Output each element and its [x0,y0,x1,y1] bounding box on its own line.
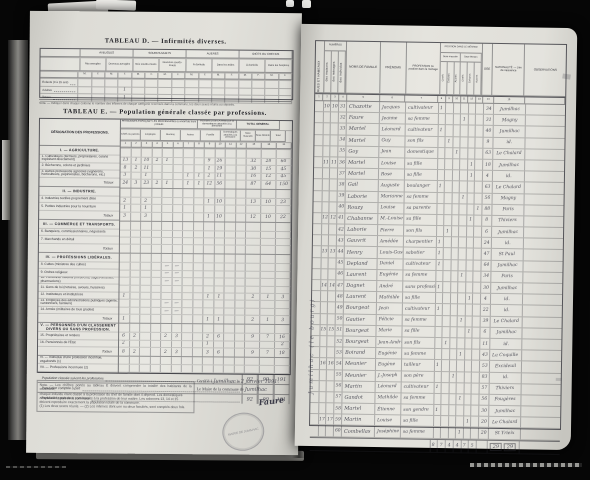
numeric-cell [131,198,142,205]
nominal-cell [467,238,475,248]
numeric-cell [276,246,291,254]
nominal-cell [323,124,331,134]
individu-number: 51 [336,328,342,333]
numeric-cell [215,189,226,197]
nom-handwritten: Laborie [347,227,367,233]
lieu-handwritten: Thiviers [498,218,517,223]
handwritten-value: 2 [122,341,125,346]
nominal-cell: cultivateur [402,304,435,315]
position-tick: 1 [470,173,473,178]
cert-label: le [237,379,240,384]
age-handwritten: 22 [483,308,489,313]
nominal-cell: Jumilhac [492,283,523,294]
numeric-cell: 12 [261,173,276,180]
nominal-cell: sa fille [403,293,436,304]
nominal-cell [321,235,329,245]
nominal-cell [453,126,461,136]
nominal-cell [456,405,464,415]
nominal-cell: Gandot [343,392,376,403]
numeric-cell: 10 [215,213,226,221]
handwritten-total: 4 [455,443,458,448]
numeric-cell [140,285,151,292]
numeric-cell [183,189,194,197]
numeric-cell [204,255,215,263]
numeric-cell: 2 [141,198,152,205]
handwritten-total: 7 [463,444,466,449]
nominal-cell: Daniel [378,259,404,270]
position-sex-label: Sexe masculin [441,53,461,61]
numeric-cell [161,315,172,323]
numeric-cell [261,231,276,238]
nominal-cell [458,294,466,304]
nominal-cell [437,193,445,203]
nominal-cell: sa femme [404,192,437,203]
numeric-cell [119,357,130,364]
nominal-cell [314,146,323,156]
numeric-cell: 2 [245,316,260,324]
numeric-cell [225,255,236,263]
nominal-cell [453,170,461,180]
individu-number: 58 [335,406,341,411]
tableau-e-title: TABLEAU E. — Population générale classée… [29,108,301,117]
nominal-cell [438,137,446,147]
nominal-cell [319,403,327,413]
handwritten-value: 1 [207,317,210,322]
nominal-cell [330,180,338,190]
numeric-cell [172,246,183,254]
numeric-cell: 1 [205,165,216,172]
numeric-cell [172,254,183,262]
nominal-cell: 59 [334,415,342,425]
position-tick: 1 [438,240,441,245]
col-number: 14 [262,143,277,149]
numeric-cell [236,158,247,165]
nominal-cell [522,350,562,361]
nominal-cell [464,406,472,416]
numeric-cell [173,189,184,197]
handwritten-value: 13 [122,158,128,163]
nom-handwritten: Meunier [345,361,367,367]
numeric-cell [130,293,141,300]
scanned-census-spread: TABLEAU D. — Infirmités diverses. AVEUGL… [0,0,590,480]
designation-header: DÉSIGNATION DES PROFESSIONS. [40,119,120,147]
numeric-cell [234,366,245,373]
prenom-handwritten: Amédée [380,239,398,244]
nominal-cell: sa femme [402,315,435,326]
tableau-e-wrap: DÉSIGNATION DES PROFESSIONS.I. — AGRICUL… [38,119,292,374]
film-edge-marks [6,466,66,468]
nominal-cell: St Paul [492,249,523,260]
numeric-cell [141,263,152,270]
menage-number: 11 [331,160,337,165]
numeric-cell [182,348,193,356]
tableau-d-subgroup: À domicile [239,60,266,73]
individu-number: 59 [335,417,341,422]
nominal-cell: Jumilhac [492,227,523,238]
numeric-cell [203,286,214,293]
nominal-cell: 47 [336,280,344,290]
numeric-cell [130,238,141,245]
age-handwritten: 24 [484,241,490,246]
nom-handwritten: Martel [349,137,366,143]
lieu-handwritten: Jumilhac [497,286,517,291]
numeric-cell: 64 [261,181,276,189]
nominal-cell: 24 [482,238,493,248]
numeric-cell [260,358,275,365]
nominal-cell: 54 [335,359,343,369]
film-edge-marks [470,463,582,467]
nominal-cell: id. [494,137,525,148]
numeric-cell [235,231,246,238]
numeric-cell [245,301,260,308]
nominal-cell: 45 [337,258,345,268]
numeric-cell [193,271,204,278]
handwritten-value: 1 [123,88,126,93]
position-tick: 1 [436,408,439,413]
numeric-cell [183,222,194,230]
numeric-cell: 1 [260,294,275,301]
nominal-cell [457,361,465,371]
handwritten-value: 26 [217,159,223,164]
profession-handwritten: sa femme [405,273,427,278]
age-header: ÂGE [484,44,491,95]
nominal-cell: 30 [479,406,490,416]
nominal-cell [330,191,338,201]
numeric-cell [130,308,141,315]
tableau-d-sex: M. [105,72,118,78]
lieu-handwritten: Jumilhac [498,230,518,235]
nominal-cell [473,327,481,337]
lieu-handwritten: Le Chalard [493,319,518,324]
numeric-cell: 22 [276,214,291,222]
rues-header: RUES ET HAMEAUX [318,41,322,92]
numeric-cell: 30 [247,166,262,173]
nominal-cell [328,303,336,313]
lieu-handwritten: id. [502,375,508,380]
handwritten-value: 1 [166,181,169,186]
group3-sub: Total [271,131,286,142]
numeric-cell [235,334,246,341]
numeric-cell [183,213,194,221]
nominal-cell [453,159,461,169]
nominal-cell: sa fille [405,158,438,169]
numeric-cell [224,301,235,308]
individu-number: 34 [339,138,345,143]
numeric-cell: 9 [245,349,260,357]
nominal-cell [446,114,454,124]
numeric-cell [193,238,204,245]
nominal-cell: sa femme [402,349,435,360]
nominal-cell [437,215,445,225]
totals-label: Totaux [39,179,119,184]
numeric-cell [130,285,141,292]
totals-obs-cell [519,441,560,454]
item-label: 14. Armée (militaires de tous grades) [38,308,118,312]
age-handwritten: 88 [484,207,490,212]
nominal-cell [451,271,459,281]
nominal-cell [459,260,467,270]
nominal-cell [459,238,467,248]
maison-number: 15 [321,328,327,333]
numeric-cell: 2 [204,173,215,180]
nominal-cell [459,215,467,225]
header-cell: POSITION DANS LE MÉNAGESexe masculinSexe… [440,43,482,96]
maison-number: 10 [324,104,330,109]
numeric-cell [260,341,275,348]
age-handwritten: 47 [484,252,490,257]
nominal-cell: Martel [347,135,380,146]
tableau-d-sex: M. [212,73,225,79]
nominal-cell: 11 [330,157,338,167]
numeric-cell [151,254,162,262]
position-tick: 1 [451,374,454,379]
nominal-cell [445,148,453,158]
handwritten-value: — [164,279,169,284]
numeric-cell: 1 [163,158,174,165]
numeric-cell: 1 [119,293,130,300]
nominal-cell [466,282,474,292]
numeric-cell [246,231,261,238]
numeric-cell [151,245,162,253]
nominal-cell: 12 [330,213,338,223]
numeric-cell [194,189,205,197]
section-label: III. — COMMERCE ET TRANSPORTS. [39,221,119,226]
nominal-cell [322,224,330,234]
numeric-cell [151,324,162,332]
age-handwritten: 6 [484,330,487,335]
nominal-cell [323,135,331,145]
nominal-cell: cultivateur [403,259,436,270]
numeric-cell: 1 [141,205,152,212]
numeric-cell [183,205,194,212]
numeric-cell [261,246,276,254]
header-cell: ÂGE [482,44,494,96]
nominal-cell: 43 [480,350,491,360]
nominal-cell: 1 [449,372,457,382]
numeric-cell [261,272,276,279]
numeric-cell: 1 [214,293,225,300]
nominal-list-table: RUES ET HAMEAUXNUMÉROSdes maisonsdes mén… [309,40,567,430]
lieu-handwritten: Le Chalard [496,151,521,156]
nominal-cell: Jumilhac [492,261,523,272]
numeric-cell [260,325,275,333]
numeric-cell: 1 [203,293,214,300]
numeric-cell [246,264,261,271]
nominal-cell: Combellas [342,426,375,437]
nominal-cell [522,295,562,306]
nominal-cell [524,183,564,194]
numeric-cell [131,189,142,197]
tableau-d-subgroup: Nés sourds-muets [133,59,160,72]
nominal-cell: 57 [335,392,343,402]
handwritten-value: 1 [266,318,269,323]
handwritten-value: 15 [266,167,272,172]
profession-handwritten: son fils [406,228,422,233]
totals-box-cell: 2929 [487,440,519,452]
numeric-cell [226,166,237,173]
tableau-d-cell [79,87,92,94]
numeric-cell [171,357,182,364]
numeric-cell [276,232,291,239]
tableau-d-cell [252,88,265,95]
nominal-cell [521,384,561,395]
item-label: 4. Industries textiles proprement dites [39,197,119,201]
nominal-cell [318,426,326,436]
numeric-cell [193,325,204,333]
profession-handwritten: tailleur [404,362,421,367]
nominal-cell [450,349,458,359]
profession-handwritten: cultivateur [403,385,428,390]
numeric-cell [276,279,291,286]
item-label: 10. Personnel médical (médecins, sages-f… [39,276,119,283]
handwritten-value: 11 [217,174,223,179]
totals-position-cell: 8 [430,440,438,452]
tableau-d-cell [212,88,225,95]
numeric-cell [204,271,215,278]
age-handwritten: 11 [482,341,488,346]
numeric-cell: 2 [119,340,130,347]
nominal-cell [329,224,337,234]
nominal-cell: sa femme [400,427,433,438]
numeric-cell [162,198,173,205]
numeric-cell [213,357,224,364]
numeric-cell: 11 [142,165,153,172]
nominal-cell: 64 [482,260,493,270]
handwritten-value: 1 [217,294,220,299]
maison-number: 16 [320,361,326,366]
profession-handwritten: sa femme [402,430,424,435]
numeric-cell [193,308,204,315]
handwritten-value: 2 [206,334,209,339]
handwritten-value: 3 [144,214,147,219]
nominal-cell: 1 [458,316,466,326]
nominal-cell: Jumilhac [491,328,522,339]
nominal-cell [329,236,337,246]
numeric-cell [214,301,225,308]
numeric-cell: 26 [215,158,226,165]
handwritten-value: 2 [133,349,136,354]
handwritten-value: 3 [175,350,178,355]
numeric-cell: 1 [203,341,214,348]
nominal-cell [443,271,451,281]
nom-handwritten: Henry [347,249,363,255]
totals-age-cell [477,440,488,452]
numeric-cell [275,309,290,316]
cert-date-handwritten: 2 janvier 1891. [241,379,279,385]
nominal-cell: 1 [435,304,443,314]
numeric-cell [183,231,194,238]
nominal-cell: 1 [466,294,474,304]
col-number: 13 [247,143,262,149]
nominal-cell: Eugénie [377,270,403,281]
nominal-cell [525,127,565,138]
handwritten-value: — [174,309,179,314]
numeric-cell: 2 [152,180,163,188]
numeric-cell [162,222,173,230]
individu-number: 40 [338,205,344,210]
handwritten-value: 23 [143,181,149,186]
handwritten-value: 1 [123,293,126,298]
lieu-handwritten: St Paul [499,252,515,257]
totals-position-cell: 7 [438,440,446,452]
numeric-cell [172,341,183,348]
numeric-cell [183,246,194,254]
nominal-cell [328,314,336,324]
numeric-cell: 1 [204,213,215,221]
nominal-cell [473,339,481,349]
item-label: 2. Bûcherons, colons et jardiniers [40,164,120,168]
lieu-handwritten: id. [503,342,509,347]
position-tick: 1 [455,151,458,156]
numeric-cell: — [172,308,183,315]
nominal-cell: 63 [483,182,494,192]
nominal-cell: Amédée [378,236,404,247]
position-tick: 1 [460,319,463,324]
nominal-cell: 1 [475,204,483,214]
nominal-cell: 17 [319,414,327,424]
prenom-handwritten: Jeanne [382,116,398,121]
handwritten-total: 5 [471,444,474,449]
numeric-cell [194,206,205,213]
profession-handwritten: son père [403,374,423,379]
numeric-cell [214,231,225,238]
nominal-cell: Louise [379,203,405,214]
numeric-cell [224,286,235,293]
prenom-handwritten: Guy [382,138,391,143]
nominal-cell: 48 [336,292,344,302]
numeric-cell [151,271,162,278]
nominal-cell [444,237,452,247]
nominal-cell: 46 [337,269,345,279]
individu-number: 41 [338,216,344,221]
numeric-cell: 28 [262,159,277,166]
handwritten-value: 1 [197,182,200,187]
group3-sub: Sexe féminin [256,131,271,142]
numeric-cell [225,231,236,238]
numeric-cell: 45 [276,174,291,181]
numeric-cell [182,357,193,364]
tableau-d-cell: 1 [119,87,132,94]
prenom-handwritten: Rose [381,172,392,177]
nominal-cell [437,226,445,236]
nominal-cell: Thiviers [493,216,524,227]
handwritten-value: 2 [208,174,211,179]
numeric-cell [151,341,162,348]
profession-handwritten: sa fille [407,161,422,166]
nominal-cell: 1 [434,383,442,393]
nominal-cell [461,126,469,136]
menage-number: 12 [330,216,336,221]
numeric-cell: 45 [277,166,292,173]
nom-handwritten: Martin [344,417,361,423]
numeric-cell [204,231,215,238]
cert-place-handwritten: Jumilhac [213,378,235,384]
nota-line: (1) Les deux sexes réunis. — (2) Les inf… [39,404,191,410]
nominal-cell: Jacques [380,102,406,113]
numeric-cell [182,308,193,315]
position-tick: 1 [440,128,443,133]
numeric-cell [172,293,183,300]
position-group-header: POSITION DANS LE MÉNAGE [441,43,482,54]
numeric-cell: 19 [215,166,226,173]
nominal-cell: St Yrieix [489,428,520,439]
nominal-cell: 53 [480,361,491,371]
nominal-cell [323,146,331,156]
handwritten-value: 3 [123,214,126,219]
nominal-cell: 39 [338,191,346,201]
numeric-cell [120,238,131,245]
numeric-cell: 7 [260,334,275,341]
